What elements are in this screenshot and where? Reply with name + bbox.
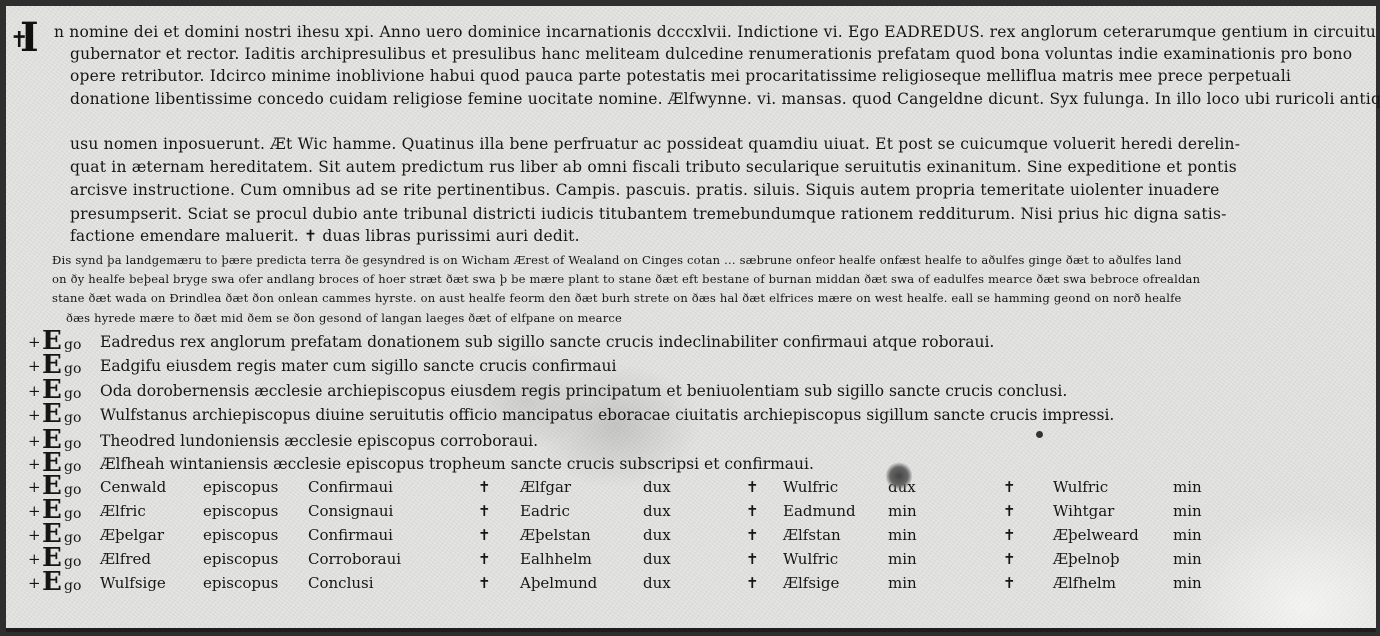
bishop-verb: Consignaui: [308, 502, 393, 520]
bishop-verb: Confirmaui: [308, 526, 393, 544]
cross-icon: +: [28, 357, 41, 375]
bishop-name: Wulfsige: [100, 574, 166, 592]
cross-icon: ✝: [478, 550, 491, 568]
bishop-name: Cenwald: [100, 478, 166, 496]
charter-line-4: donatione libentissime concedo cuidam re…: [70, 89, 1380, 109]
cross-icon: ✝: [1003, 574, 1016, 592]
dux-name: Ealhhelm: [520, 550, 592, 568]
ego-suffix: go: [64, 337, 81, 353]
minister-name: Æþelweard: [1053, 526, 1139, 544]
bishop-verb: Confirmaui: [308, 478, 393, 496]
subscription-text: Theodred lundoniensis æcclesie episcopus…: [100, 432, 538, 450]
minister-title: min: [888, 526, 917, 544]
dux-title: dux: [643, 478, 671, 496]
ink-dot: [1036, 431, 1043, 438]
charter-line-9: factione emendare maluerit. ✝ duas libra…: [70, 226, 580, 246]
charter-line-5: usu nomen inposuerunt. Æt Wic hamme. Qua…: [70, 134, 1240, 154]
boundary-line-1: Ðis synd þa landgemæru to þære predicta …: [52, 253, 1182, 268]
cross-icon: +: [28, 455, 41, 473]
ego-suffix: go: [64, 554, 81, 570]
minister-name: Wulfric: [783, 550, 838, 568]
dux-title: dux: [643, 502, 671, 520]
ink-stain: [886, 461, 912, 491]
ego-suffix: go: [64, 361, 81, 377]
minister-title: min: [1173, 478, 1202, 496]
dux-name: Æþelstan: [520, 526, 591, 544]
witness-row: + E go Æþelgar episcopus Confirmaui ✝ Æþ…: [28, 524, 1328, 546]
dux-name: Aþelmund: [520, 574, 597, 592]
minister-name: Eadmund: [783, 502, 856, 520]
cross-icon: +: [28, 432, 41, 450]
witness-row: + E go Wulfsige episcopus Conclusi ✝ Aþe…: [28, 572, 1328, 594]
minister-name: Wihtgar: [1053, 502, 1114, 520]
bishop-title: episcopus: [203, 478, 278, 496]
minister-name: Ælfstan: [783, 526, 841, 544]
cross-icon: +: [28, 406, 41, 424]
charter-line-7: arcisve instructione. Cum omnibus ad se …: [70, 180, 1220, 200]
bishop-name: Æþelgar: [100, 526, 164, 544]
charter-line-3: opere retributor. Idcirco minime inobliv…: [70, 66, 1291, 86]
cross-icon: ✝: [1003, 502, 1016, 520]
minister-title: min: [1173, 550, 1202, 568]
cross-icon: ✝: [1003, 478, 1016, 496]
charter-line-6: quat in æternam hereditatem. Sit autem p…: [70, 157, 1237, 177]
subscription-text: Oda dorobernensis æcclesie archiepiscopu…: [100, 382, 1067, 400]
bishop-verb: Conclusi: [308, 574, 374, 592]
ego-suffix: go: [64, 459, 81, 475]
cross-icon: ✝: [746, 478, 759, 496]
dux-title: dux: [643, 574, 671, 592]
cross-icon: ✝: [478, 574, 491, 592]
cross-icon: ✝: [1003, 526, 1016, 544]
minister-title: min: [1173, 574, 1202, 592]
dux-name: Eadric: [520, 502, 570, 520]
cross-icon: +: [28, 502, 41, 520]
ego-suffix: go: [64, 578, 81, 594]
dux-title: dux: [643, 550, 671, 568]
dux-title: dux: [643, 526, 671, 544]
decorated-initial: I: [20, 18, 39, 58]
cross-icon: ✝: [478, 526, 491, 544]
charter-line-1: n nomine dei et domini nostri ihesu xpi.…: [54, 22, 1380, 42]
bishop-title: episcopus: [203, 550, 278, 568]
bishop-verb: Corroboraui: [308, 550, 401, 568]
cross-icon: +: [28, 478, 41, 496]
minister-name: Ælfsige: [783, 574, 839, 592]
minister-name: Wulfric: [1053, 478, 1108, 496]
subscription-text: Eadredus rex anglorum prefatam donatione…: [100, 333, 994, 351]
ego-suffix: go: [64, 436, 81, 452]
minister-title: min: [1173, 502, 1202, 520]
charter-line-2: gubernator et rector. Iaditis archipresu…: [70, 44, 1352, 64]
photo-frame: ✝ I n nomine dei et domini nostri ihesu …: [0, 0, 1380, 636]
cross-icon: ✝: [746, 526, 759, 544]
ego-suffix: go: [64, 482, 81, 498]
ego-suffix: go: [64, 386, 81, 402]
boundary-line-3: stane ðæt wada on Ðrindlea ðæt ðon onlea…: [52, 291, 1182, 306]
cross-icon: +: [28, 382, 41, 400]
subscription-text: Wulfstanus archiepiscopus diuine seruitu…: [100, 406, 1114, 424]
ego-suffix: go: [64, 410, 81, 426]
cross-icon: ✝: [746, 574, 759, 592]
witness-row: + E go Ælfric episcopus Consignaui ✝ Ead…: [28, 500, 1328, 522]
subscription-text: Eadgifu eiusdem regis mater cum sigillo …: [100, 357, 616, 375]
dux-name: Ælfgar: [520, 478, 571, 496]
minister-title: min: [888, 502, 917, 520]
minister-name: Æþelnoþ: [1053, 550, 1120, 568]
cross-icon: +: [28, 550, 41, 568]
bishop-title: episcopus: [203, 502, 278, 520]
boundary-line-4: ðæs hyrede mære to ðæt mid ðem se ðon ge…: [66, 311, 622, 326]
boundary-line-2: on ðy healfe beþeal bryge swa ofer andla…: [52, 272, 1200, 287]
cross-icon: ✝: [478, 478, 491, 496]
subscription-text: Ælfheah wintaniensis æcclesie episcopus …: [100, 455, 814, 473]
ego-suffix: go: [64, 506, 81, 522]
minister-name: Ælfhelm: [1053, 574, 1116, 592]
ego-initial: E: [42, 569, 62, 595]
cross-icon: +: [28, 333, 41, 351]
witness-row: + E go Cenwald episcopus Confirmaui ✝ Æl…: [28, 476, 1328, 498]
cross-icon: ✝: [1003, 550, 1016, 568]
minister-title: min: [888, 550, 917, 568]
bishop-title: episcopus: [203, 526, 278, 544]
minister-title: min: [1173, 526, 1202, 544]
cross-icon: ✝: [478, 502, 491, 520]
witness-row: + E go Ælfred episcopus Corroboraui ✝ Ea…: [28, 548, 1328, 570]
cross-icon: ✝: [746, 502, 759, 520]
cross-icon: +: [28, 574, 41, 592]
bishop-name: Ælfric: [100, 502, 146, 520]
cross-icon: +: [28, 526, 41, 544]
bishop-name: Ælfred: [100, 550, 151, 568]
cross-icon: ✝: [746, 550, 759, 568]
minister-title: min: [888, 574, 917, 592]
charter-line-8: presumpserit. Sciat se procul dubio ante…: [70, 204, 1227, 224]
charter-parchment: ✝ I n nomine dei et domini nostri ihesu …: [6, 6, 1376, 632]
bishop-title: episcopus: [203, 574, 278, 592]
ego-suffix: go: [64, 530, 81, 546]
ego-initial: E: [42, 401, 62, 427]
minister-name: Wulfric: [783, 478, 838, 496]
